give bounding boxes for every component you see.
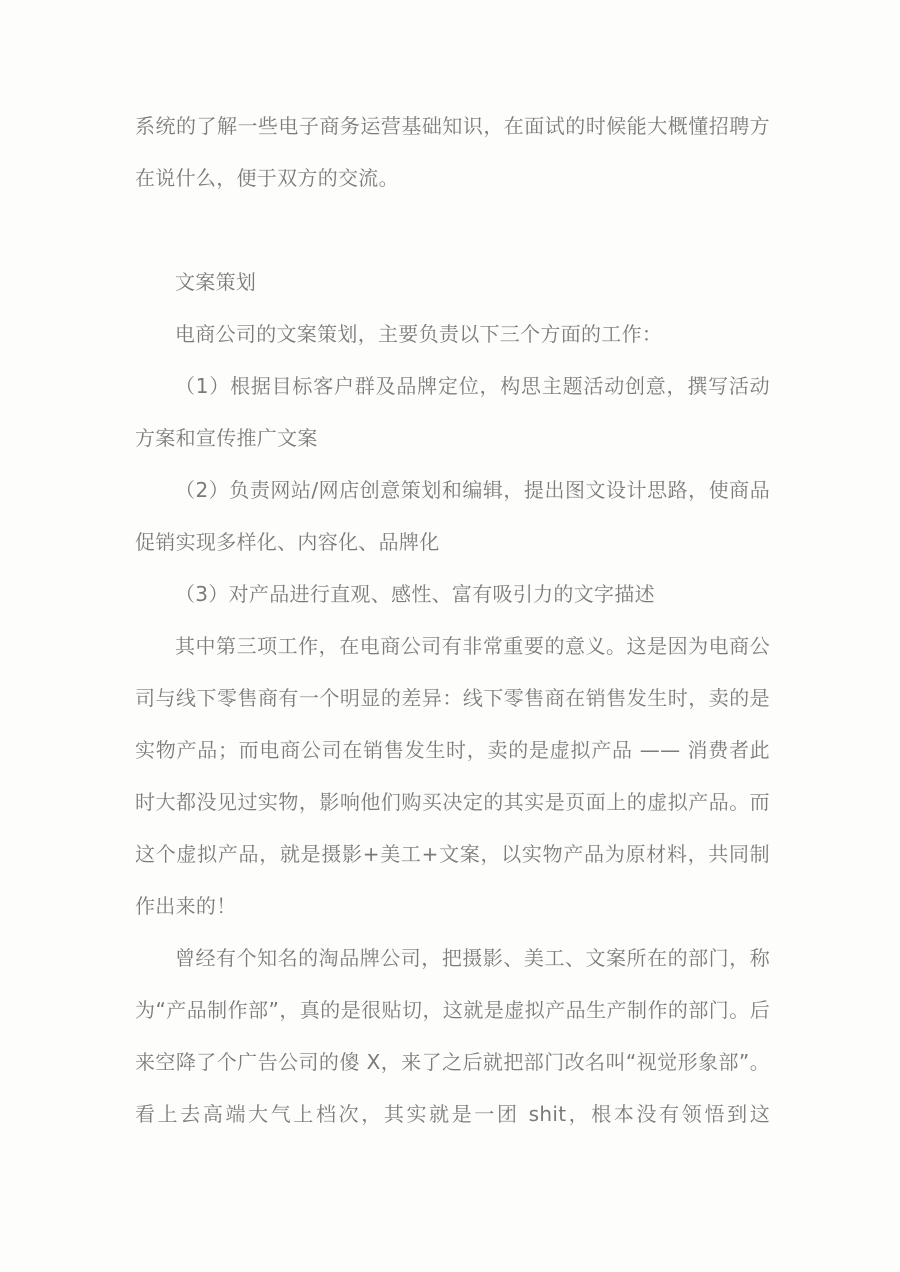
document-page: 系统的了解一些电子商务运营基础知识，在面试的时候能大概懂招聘方在说什么，便于双方… [0,0,900,1272]
paragraph-intro: 电商公司的文案策划，主要负责以下三个方面的工作： [135,308,770,360]
list-item-1: （1）根据目标客户群及品牌定位，构思主题活动创意，撰写活动方案和宣传推广文案 [135,360,770,464]
paragraph-importance: 其中第三项工作，在电商公司有非常重要的意义。这是因为电商公司与线下零售商有一个明… [135,620,770,932]
paragraph-anecdote: 曾经有个知名的淘品牌公司，把摄影、美工、文案所在的部门，称为“产品制作部”，真的… [135,932,770,1140]
list-item-3: （3）对产品进行直观、感性、富有吸引力的文字描述 [135,568,770,620]
section-heading: 文案策划 [135,256,770,308]
paragraph-continuation: 系统的了解一些电子商务运营基础知识，在面试的时候能大概懂招聘方在说什么，便于双方… [135,100,770,204]
list-item-2: （2）负责网站/网店创意策划和编辑，提出图文设计思路，使商品促销实现多样化、内容… [135,464,770,568]
